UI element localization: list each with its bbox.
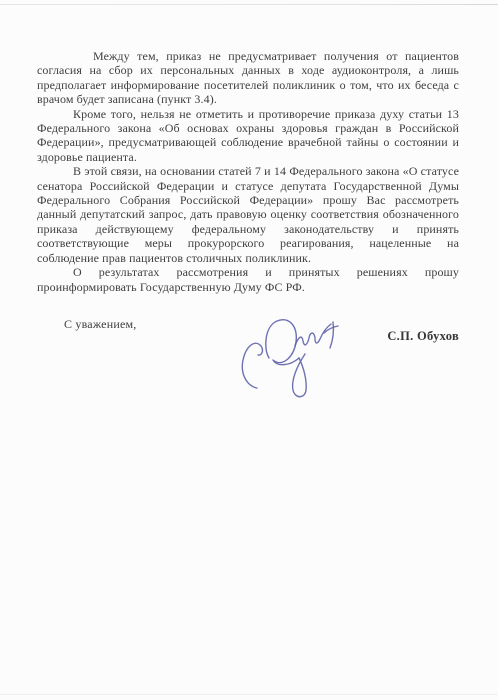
letter-page: Между тем, приказ не предусматривает пол… [0,0,498,700]
signature-icon [205,306,355,406]
closing-salutation: С уважением, [64,317,136,332]
paragraph-2: Кроме того, нельзя не отметить и противо… [37,107,459,165]
paragraph-4: О результатах рассмотрения и принятых ре… [37,265,459,294]
paragraph-3: В этой связи, на основании статей 7 и 14… [37,164,459,265]
signer-name: С.П. Обухов [387,329,459,344]
scan-edge-top [0,4,498,5]
letter-body: Между тем, приказ не предусматривает пол… [37,49,459,294]
scan-edge-bottom [0,694,498,695]
paragraph-1: Между тем, приказ не предусматривает пол… [37,49,459,107]
